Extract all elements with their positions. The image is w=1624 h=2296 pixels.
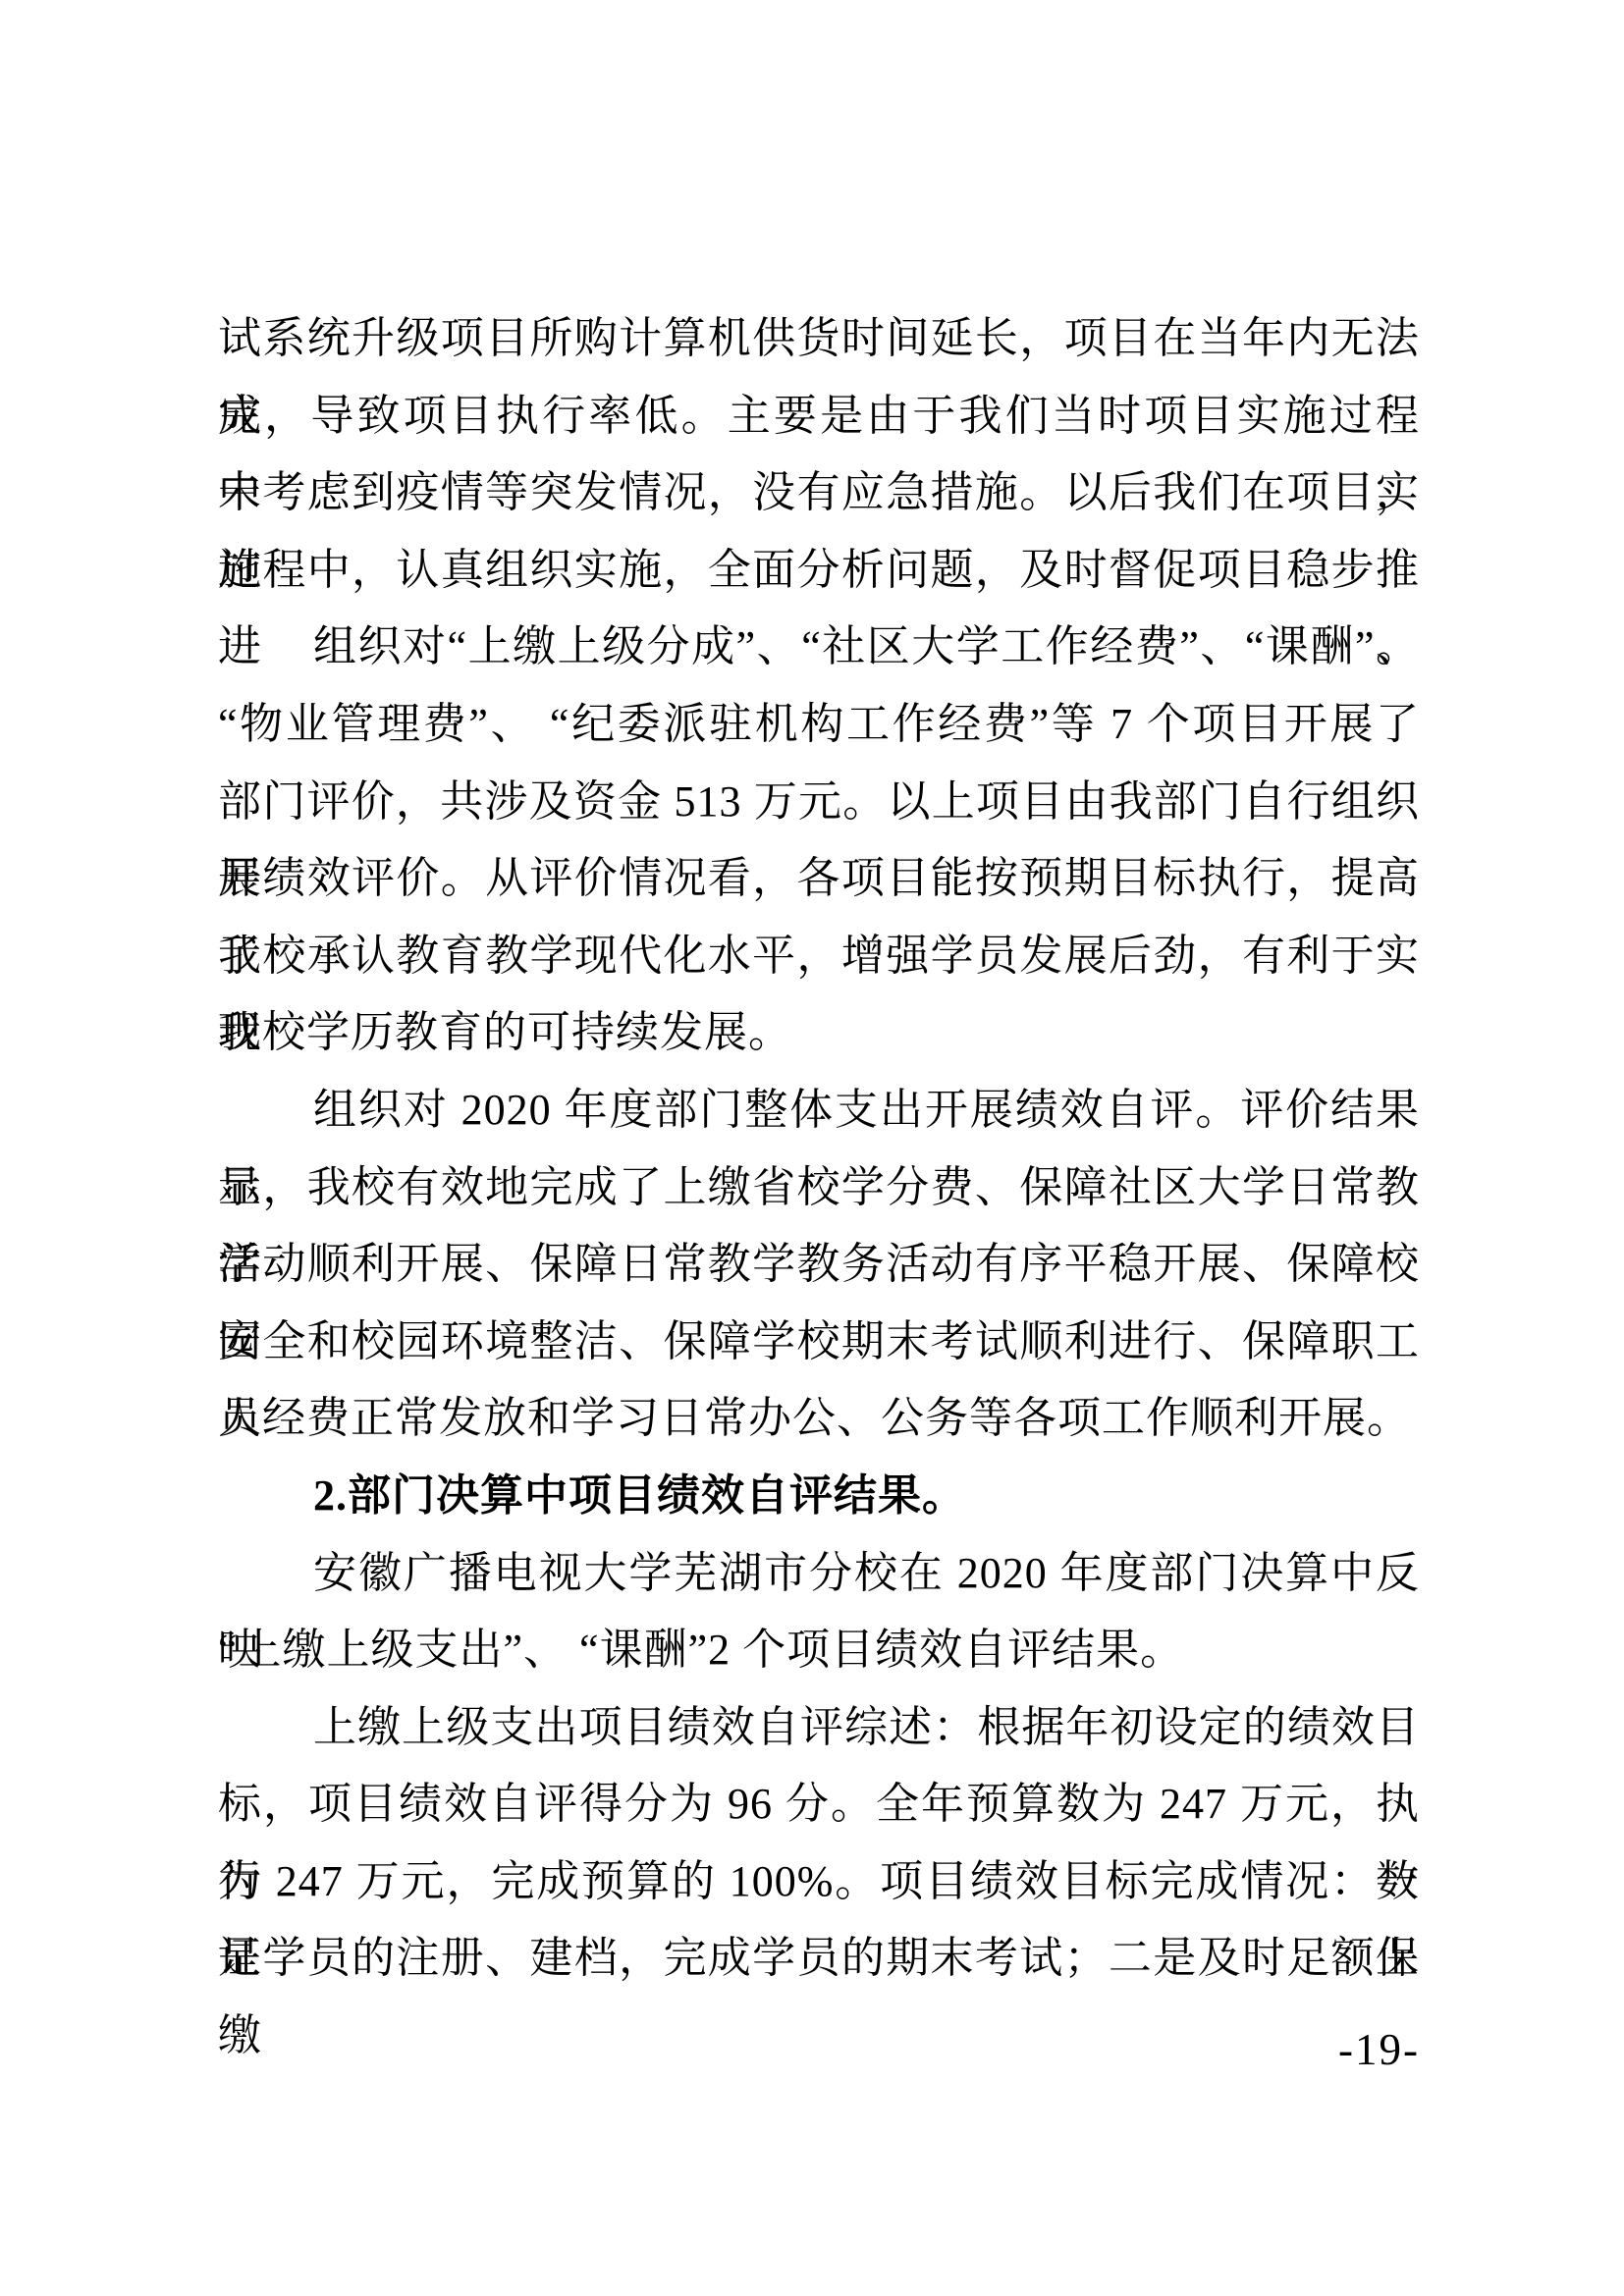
text-line: 组织对“上缴上级分成”、“社区大学工作经费”、“课酬”、 [218, 609, 1420, 686]
text-block: 试系统升级项目所购计算机供货时间延长，项目在当年内无法完成，导致项目执行率低。主… [218, 300, 1420, 1998]
text-line: 上缴上级支出项目绩效自评综述：根据年初设定的绩效目 [218, 1689, 1420, 1767]
text-line: 2.部门决算中项目绩效自评结果。 [218, 1458, 1420, 1535]
text-line: 员经费正常发放和学习日常办公、公务等各项工作顺利开展。 [218, 1380, 1420, 1458]
text-line: 证学员的注册、建档，完成学员的期末考试；二是及时足额上缴 [218, 1920, 1420, 1998]
text-line: 活动顺利开展、保障日常教学教务活动有序平稳开展、保障校园 [218, 1226, 1420, 1304]
document-page: 试系统升级项目所购计算机供货时间延长，项目在当年内无法完成，导致项目执行率低。主… [0, 0, 1624, 2296]
text-line: 成，导致项目执行率低。主要是由于我们当时项目实施过程中， [218, 378, 1420, 455]
text-line: 展绩效评价。从评价情况看，各项目能按预期目标执行，提高了 [218, 840, 1420, 918]
text-line: 部门评价，共涉及资金 513 万元。以上项目由我部门自行组织开 [218, 764, 1420, 841]
text-line: 试系统升级项目所购计算机供货时间延长，项目在当年内无法完 [218, 300, 1420, 378]
text-line: 组织对 2020 年度部门整体支出开展绩效自评。评价结果显 [218, 1072, 1420, 1149]
text-line: 示，我校有效地完成了上缴省校学分费、保障社区大学日常教学 [218, 1149, 1420, 1227]
page-number: -19- [1338, 2024, 1420, 2075]
text-line: 我校承认教育教学现代化水平，增强学员发展后劲，有利于实现 [218, 918, 1420, 995]
text-line: 安徽广播电视大学芜湖市分校在 2020 年度部门决算中反映 [218, 1535, 1420, 1613]
text-line: 安全和校园环境整洁、保障学校期末考试顺利进行、保障职工人 [218, 1304, 1420, 1381]
text-line: 过程中，认真组织实施，全面分析问题，及时督促项目稳步推进。 [218, 532, 1420, 610]
text-line: 我校学历教育的可持续发展。 [218, 994, 1420, 1072]
text-line: 标，项目绩效自评得分为 96 分。全年预算数为 247 万元，执行数 [218, 1766, 1420, 1843]
text-line: “物业管理费”、 “纪委派驻机构工作经费”等 7 个项目开展了 [218, 686, 1420, 764]
text-line: 未考虑到疫情等突发情况，没有应急措施。以后我们在项目实施 [218, 454, 1420, 532]
text-line: “上缴上级支出”、 “课酬”2 个项目绩效自评结果。 [218, 1612, 1420, 1689]
text-line: 为 247 万元，完成预算的 100%。项目绩效目标完成情况：一是保 [218, 1843, 1420, 1921]
